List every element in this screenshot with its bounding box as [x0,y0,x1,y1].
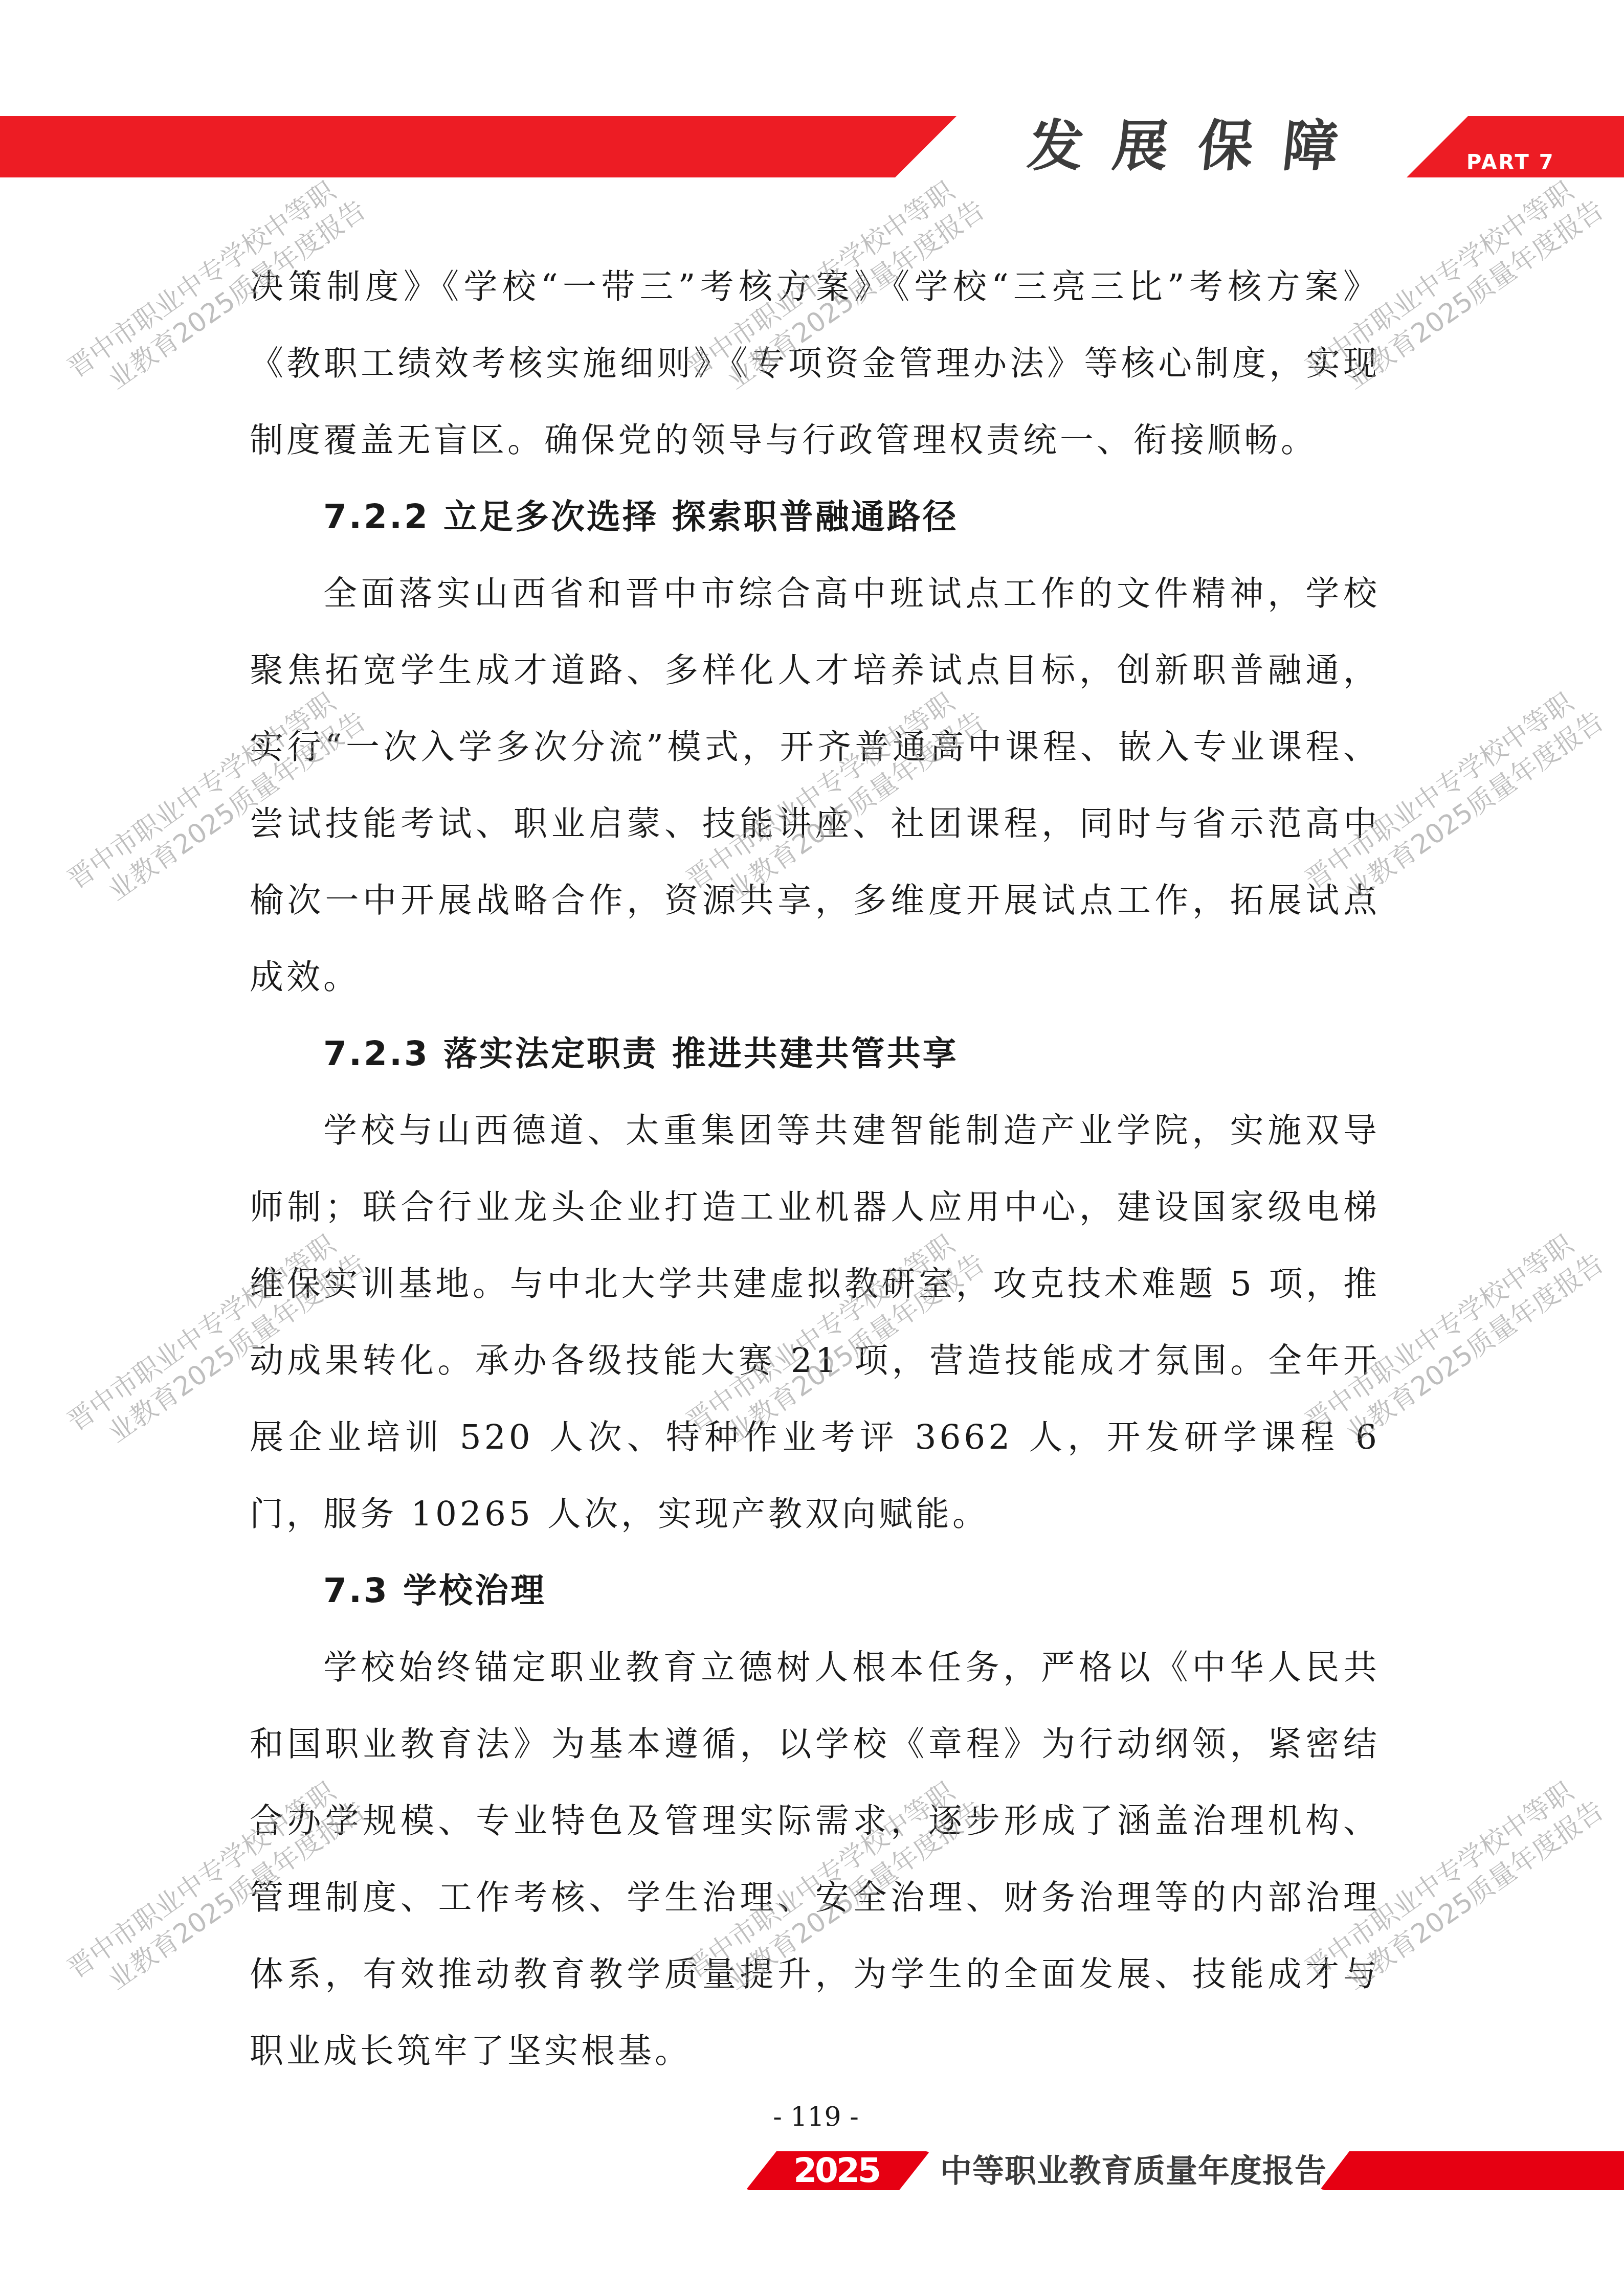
heading-7-2-3: 7.2.3 落实法定职责 推进共建共管共享 [250,1016,1380,1092]
page-number: - 119 - [716,2099,916,2135]
footer-red-bar [1320,2151,1624,2190]
document-body: 决策制度》《学校“一带三”考核方案》《学校“三亮三比”考核方案》《教职工绩效考核… [250,249,1380,2089]
footer-report-title: 中等职业教育质量年度报告 [940,2150,1327,2193]
section-title: 发展保障 [1025,114,1371,180]
footer-year-label: 2025 [785,2153,887,2189]
header-red-banner [0,116,956,177]
paragraph-institutional-decisions: 决策制度》《学校“一带三”考核方案》《学校“三亮三比”考核方案》《教职工绩效考核… [250,249,1380,479]
paragraph-vocational-general-integration: 全面落实山西省和晋中市综合高中班试点工作的文件精神，学校聚焦拓宽学生成才道路、多… [250,555,1380,1016]
heading-7-3: 7.3 学校治理 [250,1552,1380,1629]
heading-7-2-2: 7.2.2 立足多次选择 探索职普融通路径 [250,479,1380,555]
paragraph-industry-cooperation: 学校与山西德道、太重集团等共建智能制造产业学院，实施双导师制；联合行业龙头企业打… [250,1092,1380,1552]
part-label: PART 7 [1466,151,1555,174]
paragraph-school-governance: 学校始终锚定职业教育立德树人根本任务，严格以《中华人民共和国职业教育法》为基本遵… [250,1629,1380,2089]
